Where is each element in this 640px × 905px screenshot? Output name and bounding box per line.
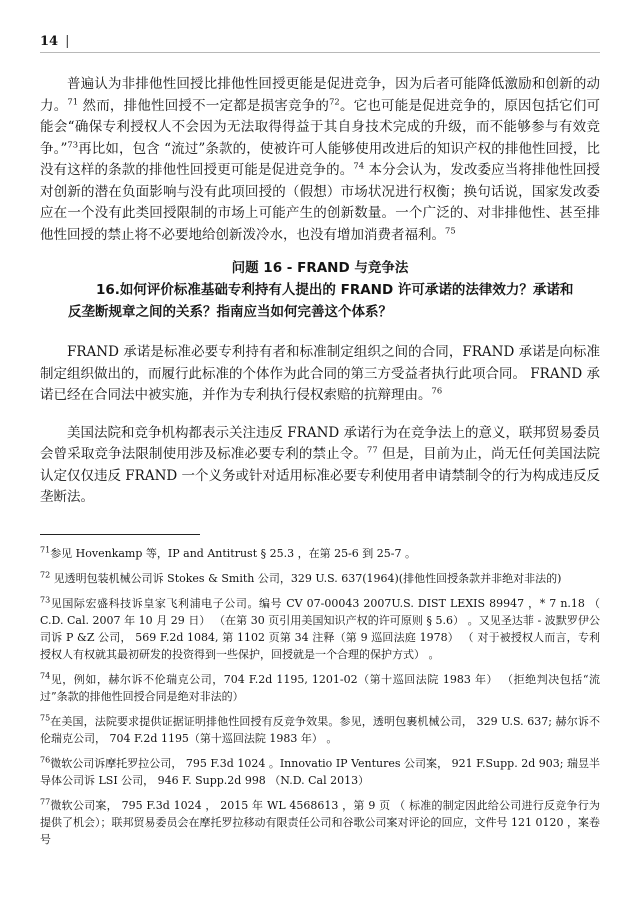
section-heading-question-line1: 16.如何评价标准基础专利持有人提出的 FRAND 许可承诺的法律效力？承诺和 bbox=[96, 279, 600, 301]
footnote-72-number: 72 bbox=[40, 570, 50, 579]
footnote-76-text: 微软公司诉摩托罗拉公司， 795 F.3d 1024 。Innovatio IP… bbox=[40, 757, 600, 787]
footnote-73-text: 见国际宏盛科技诉皇家飞利浦电子公司。编号 CV 07-00043 2007U.S… bbox=[40, 597, 600, 661]
footnote-separator bbox=[40, 534, 200, 535]
footnote-77-number: 77 bbox=[40, 797, 50, 806]
paragraph-grantback-procompetitive: 普遍认为非排他性回授比排他性回授更能是促进竞争，因为后者可能降低激励和创新的动力… bbox=[40, 74, 600, 246]
footnote-73-number: 73 bbox=[40, 595, 50, 604]
footnote-73: 73见国际宏盛科技诉皇家飞利浦电子公司。编号 CV 07-00043 2007U… bbox=[40, 595, 600, 663]
footnote-72-text: 见透明包装机械公司诉 Stokes & Smith 公司，329 U.S. 63… bbox=[50, 572, 561, 585]
paragraph-frand-commitment: FRAND 承诺是标准必要专利持有者和标准制定组织之间的合同，FRAND 承诺是… bbox=[40, 342, 600, 407]
footnote-71: 71参见 Hovenkamp 等，IP and Antitrust § 25.3… bbox=[40, 545, 600, 562]
footnote-74-number: 74 bbox=[40, 671, 50, 680]
footnote-71-number: 71 bbox=[40, 545, 50, 554]
footnote-71-text: 参见 Hovenkamp 等，IP and Antitrust § 25.3 ，… bbox=[50, 547, 416, 560]
document-body: 普遍认为非排他性回授比排他性回授更能是促进竞争，因为后者可能降低激励和创新的动力… bbox=[40, 74, 600, 509]
footnote-76-number: 76 bbox=[40, 755, 50, 764]
section-heading: 问题 16 - FRAND 与竞争法 16.如何评价标准基础专利持有人提出的 F… bbox=[40, 257, 600, 323]
footnotes-section: 71参见 Hovenkamp 等，IP and Antitrust § 25.3… bbox=[40, 545, 600, 848]
footnote-75-number: 75 bbox=[40, 713, 50, 722]
footnote-77-text: 微软公司案， 795 F.3d 1024 ， 2015 年 WL 4568613… bbox=[40, 799, 600, 846]
page-number-divider: | bbox=[65, 34, 69, 49]
footnote-76: 76微软公司诉摩托罗拉公司， 795 F.3d 1024 。Innovatio … bbox=[40, 755, 600, 789]
footnote-75: 75在美国，法院要求提供证据证明排他性回授有反竞争效果。参见，透明包裹机械公司，… bbox=[40, 713, 600, 747]
document-page: 14 | 普遍认为非排他性回授比排他性回授更能是促进竞争，因为后者可能降低激励和… bbox=[0, 0, 640, 905]
section-heading-question-line2: 反垄断规章之间的关系？指南应当如何完善这个体系？ bbox=[68, 301, 600, 323]
paragraph-us-courts: 美国法院和竞争机构都表示关注违反 FRAND 承诺行为在竞争法上的意义，联邦贸易… bbox=[40, 423, 600, 509]
footnote-74-text: 见，例如，赫尔诉不伦瑞克公司，704 F.2d 1195, 1201-02（第十… bbox=[40, 673, 600, 703]
footnote-72: 72 见透明包装机械公司诉 Stokes & Smith 公司，329 U.S.… bbox=[40, 570, 600, 587]
section-heading-title: 问题 16 - FRAND 与竞争法 bbox=[40, 257, 600, 279]
page-number: 14 bbox=[40, 34, 58, 49]
footnote-74: 74见，例如，赫尔诉不伦瑞克公司，704 F.2d 1195, 1201-02（… bbox=[40, 671, 600, 705]
footnote-77: 77微软公司案， 795 F.3d 1024 ， 2015 年 WL 45686… bbox=[40, 797, 600, 848]
footnote-75-text: 在美国，法院要求提供证据证明排他性回授有反竞争效果。参见，透明包裹机械公司， 3… bbox=[40, 715, 600, 745]
page-header: 14 | bbox=[40, 34, 600, 53]
